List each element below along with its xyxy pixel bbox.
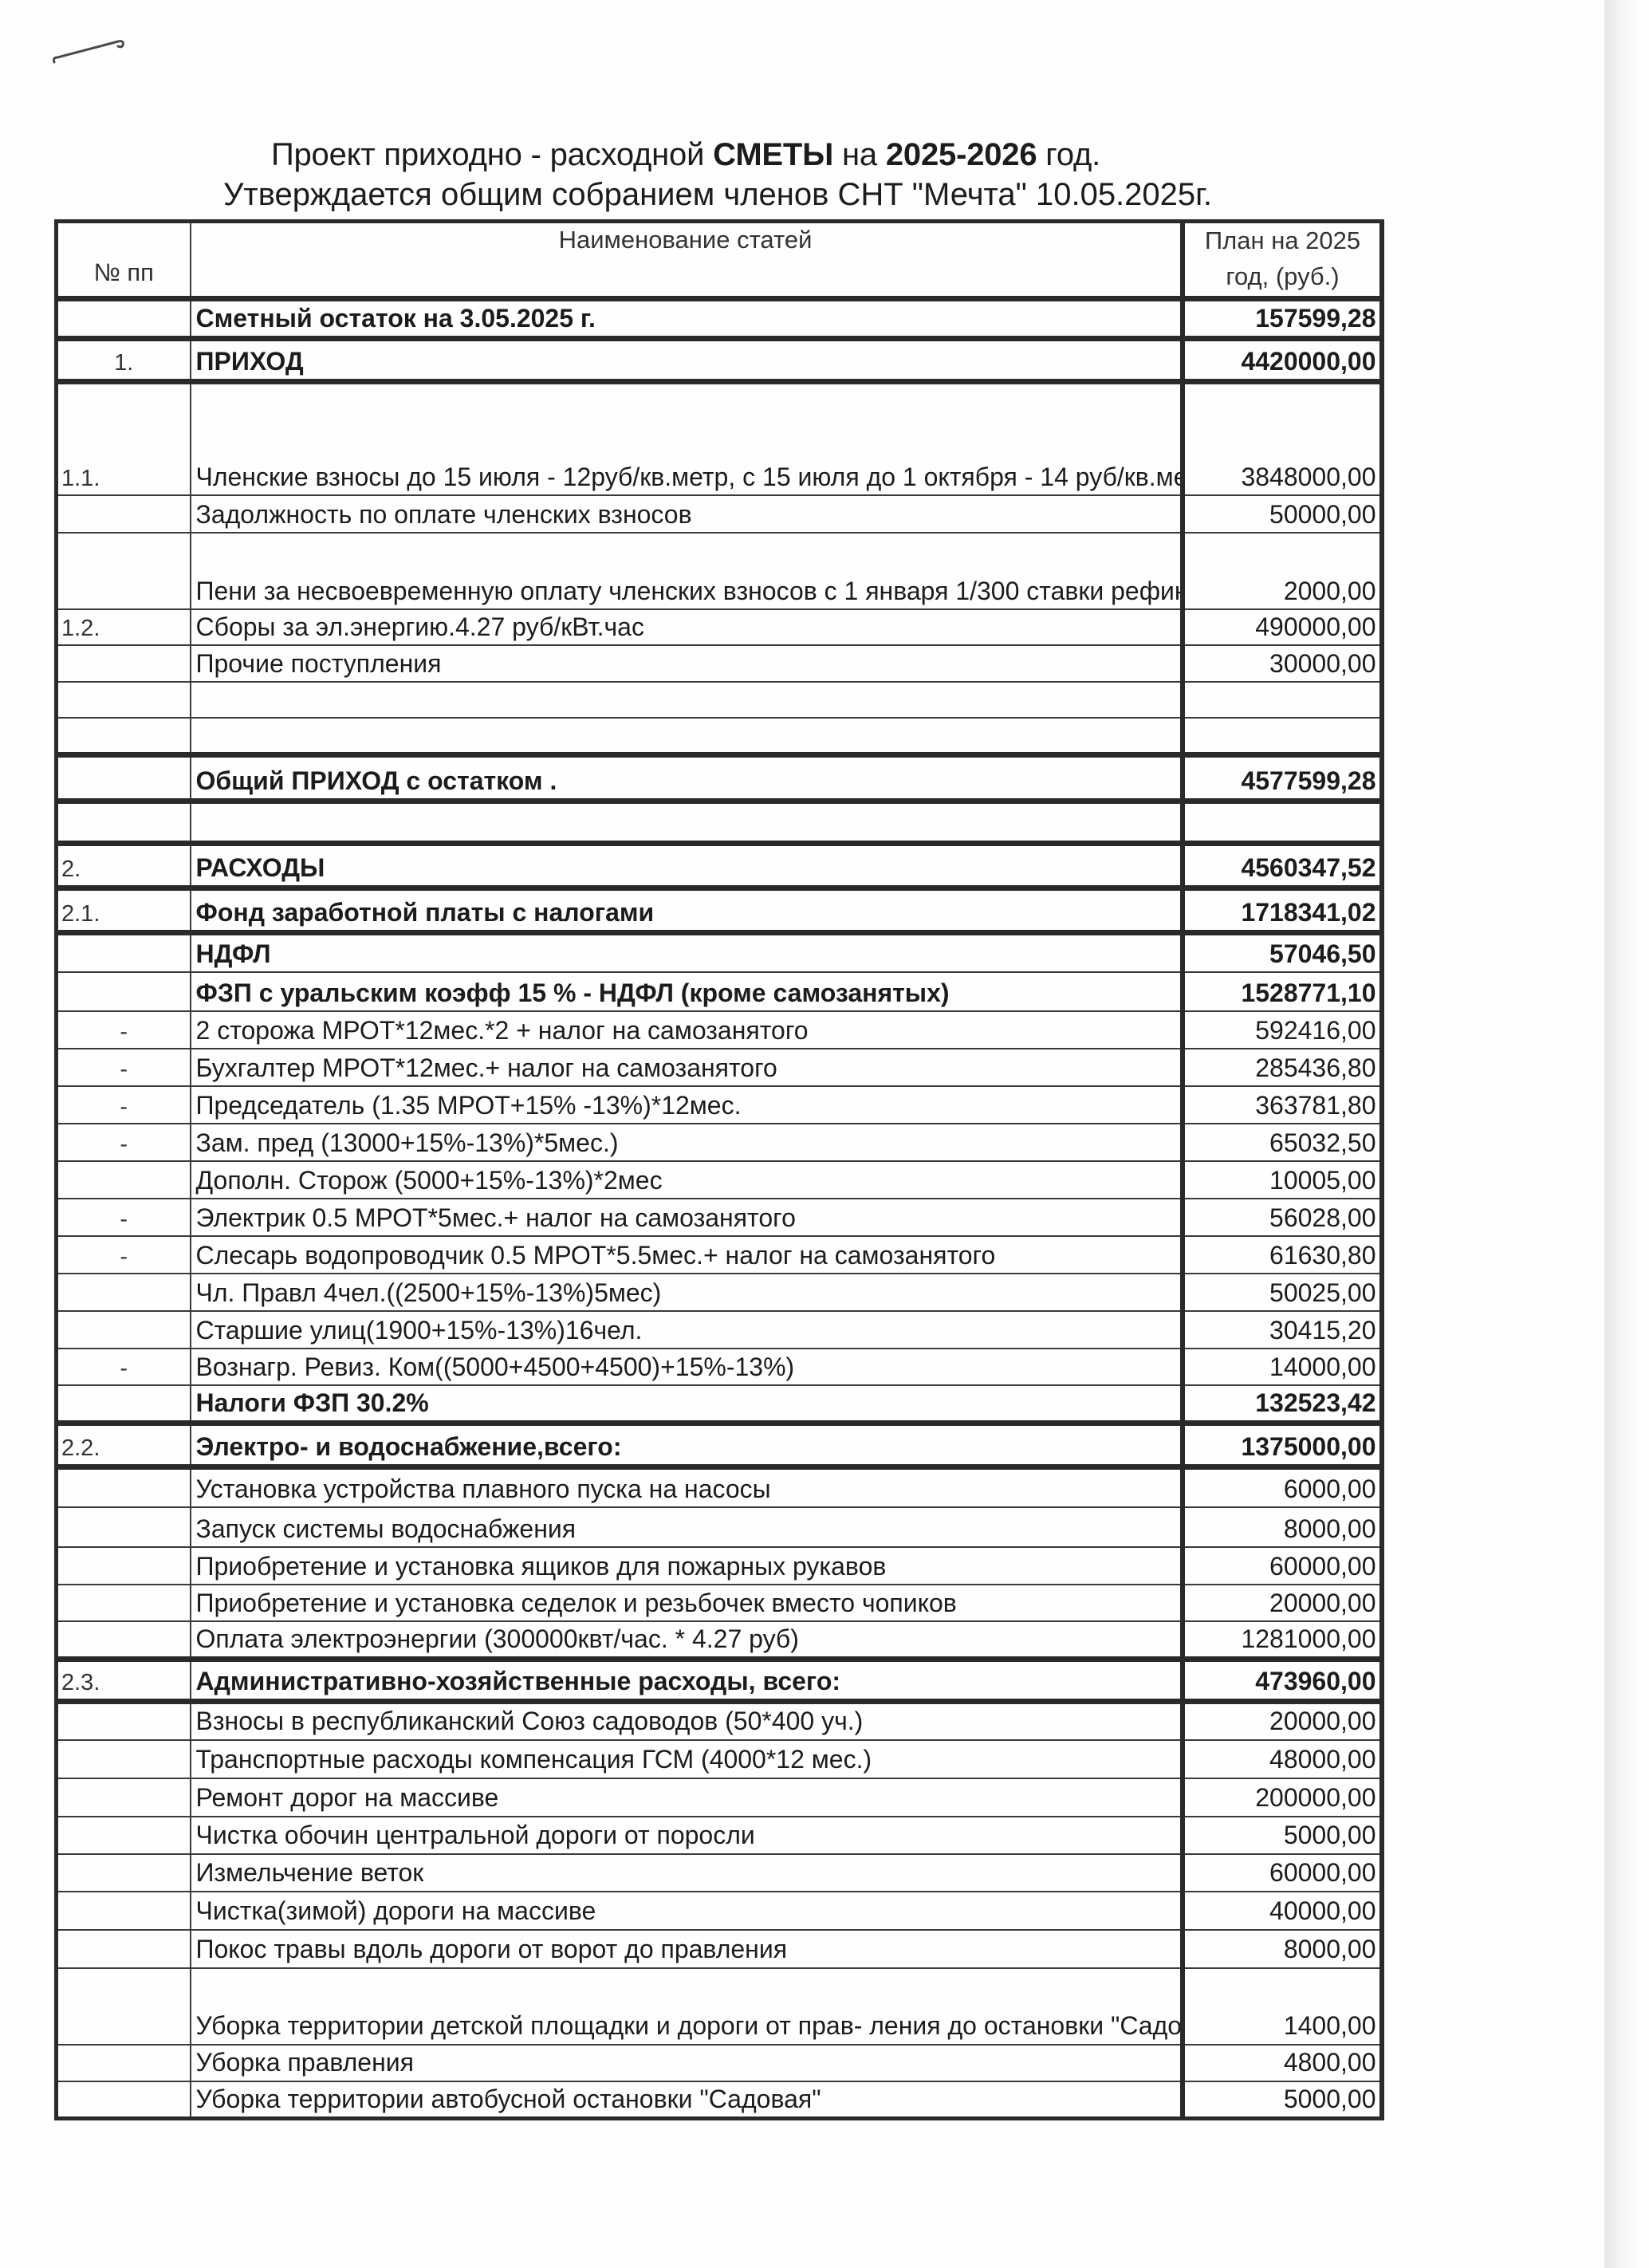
scan-edge-shadow — [1604, 0, 1636, 2268]
row-number — [57, 755, 191, 801]
row-name — [191, 801, 1183, 844]
table-row: -Электрик 0.5 МРОТ*5мес.+ налог на самоз… — [57, 1199, 1382, 1236]
table-row: Приобретение и установка седелок и резьб… — [57, 1585, 1382, 1621]
document-title: Проект приходно - расходной СМЕТЫ на 202… — [0, 137, 1372, 173]
row-name: Старшие улиц(1900+15%-13%)16чел. — [191, 1311, 1183, 1349]
row-number — [57, 1161, 191, 1199]
table-row: 1.ПРИХОД4420000,00 — [57, 339, 1382, 382]
row-number — [57, 1507, 191, 1547]
row-value: 363781,80 — [1183, 1086, 1382, 1124]
row-value: 8000,00 — [1183, 1930, 1382, 1968]
row-value: 157599,28 — [1183, 299, 1382, 339]
row-value — [1183, 682, 1382, 718]
row-name: Установка устройства плавного пуска на н… — [191, 1467, 1183, 1507]
row-number — [57, 1817, 191, 1854]
table-row: Ремонт дорог на массиве200000,00 — [57, 1778, 1382, 1817]
table-row: -Вознагр. Ревиз. Ком((5000+4500+4500)+15… — [57, 1349, 1382, 1385]
table-row: Чистка(зимой) дороги на массиве40000,00 — [57, 1892, 1382, 1930]
row-number: 2.1. — [57, 888, 191, 933]
row-number — [57, 1621, 191, 1660]
row-value: 57046,50 — [1183, 933, 1382, 972]
table-row — [57, 682, 1382, 718]
row-value: 10005,00 — [1183, 1161, 1382, 1199]
row-name: Налоги ФЗП 30.2% — [191, 1385, 1183, 1423]
table-row: Пени за несвоевременную оплату членских … — [57, 533, 1382, 609]
table-row: Налоги ФЗП 30.2%132523,42 — [57, 1385, 1382, 1423]
row-number — [57, 1702, 191, 1740]
row-name: Дополн. Сторож (5000+15%-13%)*2мес — [191, 1161, 1183, 1199]
table-row: Чистка обочин центральной дороги от поро… — [57, 1817, 1382, 1854]
table-row: 2.1.Фонд заработной платы с налогами1718… — [57, 888, 1382, 933]
row-name: НДФЛ — [191, 933, 1183, 972]
row-value: 1400,00 — [1183, 1968, 1382, 2045]
pen-mark-icon — [48, 32, 128, 68]
row-value: 490000,00 — [1183, 609, 1382, 645]
row-number — [57, 1968, 191, 2045]
table-row: Задолжность по оплате членских взносов50… — [57, 495, 1382, 533]
row-name: Слесарь водопроводчик 0.5 МРОТ*5.5мес.+ … — [191, 1236, 1183, 1274]
row-number — [57, 1311, 191, 1349]
row-name: Уборка территории автобусной остановки "… — [191, 2081, 1183, 2119]
row-number — [57, 645, 191, 682]
row-number — [57, 1585, 191, 1621]
table-row: Установка устройства плавного пуска на н… — [57, 1467, 1382, 1507]
row-number — [57, 299, 191, 339]
row-value: 2000,00 — [1183, 533, 1382, 609]
row-value: 1281000,00 — [1183, 1621, 1382, 1660]
row-name: Запуск системы водоснабжения — [191, 1507, 1183, 1547]
row-name: ПРИХОД — [191, 339, 1183, 382]
row-number — [57, 801, 191, 844]
row-number: - — [57, 1199, 191, 1236]
row-value: 1528771,10 — [1183, 972, 1382, 1011]
row-value: 50000,00 — [1183, 495, 1382, 533]
row-name: Измельчение веток — [191, 1854, 1183, 1892]
row-value: 56028,00 — [1183, 1199, 1382, 1236]
row-number: 2.2. — [57, 1423, 191, 1467]
row-name: Уборка территории детской площадки и дор… — [191, 1968, 1183, 2045]
row-value: 20000,00 — [1183, 1585, 1382, 1621]
row-number — [57, 1854, 191, 1892]
row-value: 4800,00 — [1183, 2045, 1382, 2081]
table-row — [57, 801, 1382, 844]
row-value: 473960,00 — [1183, 1660, 1382, 1702]
table-row: Приобретение и установка ящиков для пожа… — [57, 1547, 1382, 1585]
row-name: Пени за несвоевременную оплату членских … — [191, 533, 1183, 609]
table-row: 1.1.Членские взносы до 15 июля - 12руб/к… — [57, 382, 1382, 495]
table-row: -Бухгалтер МРОТ*12мес.+ налог на самозан… — [57, 1049, 1382, 1086]
row-value: 30000,00 — [1183, 645, 1382, 682]
row-number — [57, 718, 191, 755]
row-number: - — [57, 1086, 191, 1124]
row-name: 2 сторожа МРОТ*12мес.*2 + налог на самоз… — [191, 1011, 1183, 1049]
row-number — [57, 933, 191, 972]
row-value: 5000,00 — [1183, 2081, 1382, 2119]
row-number — [57, 1547, 191, 1585]
row-value: 8000,00 — [1183, 1507, 1382, 1547]
table-row: Старшие улиц(1900+15%-13%)16чел.30415,20 — [57, 1311, 1382, 1349]
table-row: ФЗП с уральским коэфф 15 % - НДФЛ (кроме… — [57, 972, 1382, 1011]
row-number: 2. — [57, 844, 191, 888]
header-num: № пп — [57, 222, 191, 299]
row-value: 65032,50 — [1183, 1124, 1382, 1161]
row-name: Прочие поступления — [191, 645, 1183, 682]
table-row — [57, 718, 1382, 755]
row-value: 132523,42 — [1183, 1385, 1382, 1423]
row-number — [57, 1385, 191, 1423]
row-value: 61630,80 — [1183, 1236, 1382, 1274]
row-name — [191, 718, 1183, 755]
row-name: Транспортные расходы компенсация ГСМ (40… — [191, 1740, 1183, 1778]
table-row: Запуск системы водоснабжения8000,00 — [57, 1507, 1382, 1547]
row-name: Приобретение и установка ящиков для пожа… — [191, 1547, 1183, 1585]
row-name: Членские взносы до 15 июля - 12руб/кв.ме… — [191, 382, 1183, 495]
table-row: Взносы в республиканский Союз садоводов … — [57, 1702, 1382, 1740]
row-value: 30415,20 — [1183, 1311, 1382, 1349]
table-row: -2 сторожа МРОТ*12мес.*2 + налог на само… — [57, 1011, 1382, 1049]
row-name: Приобретение и установка седелок и резьб… — [191, 1585, 1183, 1621]
row-number — [57, 533, 191, 609]
row-name: Председатель (1.35 МРОТ+15% -13%)*12мес. — [191, 1086, 1183, 1124]
row-name: Фонд заработной платы с налогами — [191, 888, 1183, 933]
row-value: 60000,00 — [1183, 1547, 1382, 1585]
row-name: ФЗП с уральским коэфф 15 % - НДФЛ (кроме… — [191, 972, 1183, 1011]
row-name: Чл. Правл 4чел.((2500+15%-13%)5мес) — [191, 1274, 1183, 1311]
table-body: Сметный остаток на 3.05.2025 г.157599,28… — [57, 299, 1382, 2119]
row-number — [57, 1892, 191, 1930]
row-value: 20000,00 — [1183, 1702, 1382, 1740]
row-number: 1.1. — [57, 382, 191, 495]
table-row: 1.2.Сборы за эл.энергию.4.27 руб/кВт.час… — [57, 609, 1382, 645]
row-name: Задолжность по оплате членских взносов — [191, 495, 1183, 533]
row-value: 592416,00 — [1183, 1011, 1382, 1049]
document-subtitle: Утверждается общим собранием членов СНТ … — [0, 177, 1435, 213]
row-value: 1718341,02 — [1183, 888, 1382, 933]
row-number — [57, 682, 191, 718]
row-number: 2.3. — [57, 1660, 191, 1702]
row-value: 50025,00 — [1183, 1274, 1382, 1311]
row-name: Уборка правления — [191, 2045, 1183, 2081]
table-row: Покос травы вдоль дороги от ворот до пра… — [57, 1930, 1382, 1968]
row-name: Ремонт дорог на массиве — [191, 1778, 1183, 1817]
row-name: РАСХОДЫ — [191, 844, 1183, 888]
row-number: 1.2. — [57, 609, 191, 645]
row-number: - — [57, 1124, 191, 1161]
row-number — [57, 2045, 191, 2081]
table-row: Чл. Правл 4чел.((2500+15%-13%)5мес)50025… — [57, 1274, 1382, 1311]
table-row: 2.2.Электро- и водоснабжение,всего:13750… — [57, 1423, 1382, 1467]
row-value: 3848000,00 — [1183, 382, 1382, 495]
row-number — [57, 495, 191, 533]
row-number — [57, 1930, 191, 1968]
row-value: 48000,00 — [1183, 1740, 1382, 1778]
row-name: Чистка обочин центральной дороги от поро… — [191, 1817, 1183, 1854]
row-value: 60000,00 — [1183, 1854, 1382, 1892]
row-name: Электрик 0.5 МРОТ*5мес.+ налог на самоза… — [191, 1199, 1183, 1236]
row-number — [57, 1274, 191, 1311]
row-value: 40000,00 — [1183, 1892, 1382, 1930]
row-value — [1183, 718, 1382, 755]
row-name: Оплата электроэнергии (300000квт/час. * … — [191, 1621, 1183, 1660]
row-name: Сметный остаток на 3.05.2025 г. — [191, 299, 1183, 339]
row-value: 6000,00 — [1183, 1467, 1382, 1507]
table-row: Общий ПРИХОД с остатком .4577599,28 — [57, 755, 1382, 801]
row-number: - — [57, 1349, 191, 1385]
row-number — [57, 1740, 191, 1778]
row-number: - — [57, 1049, 191, 1086]
row-number — [57, 2081, 191, 2119]
table-row: -Зам. пред (13000+15%-13%)*5мес.)65032,5… — [57, 1124, 1382, 1161]
table-header-row: № пп Наименование статей План на 2025 го… — [57, 222, 1382, 299]
table-row: Дополн. Сторож (5000+15%-13%)*2мес10005,… — [57, 1161, 1382, 1199]
row-number — [57, 1778, 191, 1817]
row-value: 4577599,28 — [1183, 755, 1382, 801]
row-number: 1. — [57, 339, 191, 382]
row-value: 1375000,00 — [1183, 1423, 1382, 1467]
header-value: План на 2025 год, (руб.) — [1183, 222, 1382, 299]
table-row: Уборка территории автобусной остановки "… — [57, 2081, 1382, 2119]
budget-table: № пп Наименование статей План на 2025 го… — [54, 219, 1384, 2120]
table-row: 2.РАСХОДЫ4560347,52 — [57, 844, 1382, 888]
row-name: Сборы за эл.энергию.4.27 руб/кВт.час — [191, 609, 1183, 645]
table-row: 2.3.Административно-хозяйственные расход… — [57, 1660, 1382, 1702]
table-row: Измельчение веток60000,00 — [57, 1854, 1382, 1892]
row-value: 4420000,00 — [1183, 339, 1382, 382]
table-row: Сметный остаток на 3.05.2025 г.157599,28 — [57, 299, 1382, 339]
row-value: 285436,80 — [1183, 1049, 1382, 1086]
row-number: - — [57, 1236, 191, 1274]
row-value — [1183, 801, 1382, 844]
row-name: Административно-хозяйственные расходы, в… — [191, 1660, 1183, 1702]
table-row: Прочие поступления30000,00 — [57, 645, 1382, 682]
row-value: 4560347,52 — [1183, 844, 1382, 888]
table-row: НДФЛ57046,50 — [57, 933, 1382, 972]
header-name: Наименование статей — [191, 222, 1183, 299]
row-name: Электро- и водоснабжение,всего: — [191, 1423, 1183, 1467]
table-row: -Слесарь водопроводчик 0.5 МРОТ*5.5мес.+… — [57, 1236, 1382, 1274]
table-row: Уборка территории детской площадки и дор… — [57, 1968, 1382, 2045]
row-name: Вознагр. Ревиз. Ком((5000+4500+4500)+15%… — [191, 1349, 1183, 1385]
row-name: Чистка(зимой) дороги на массиве — [191, 1892, 1183, 1930]
row-name: Зам. пред (13000+15%-13%)*5мес.) — [191, 1124, 1183, 1161]
table-row: Оплата электроэнергии (300000квт/час. * … — [57, 1621, 1382, 1660]
table-row: -Председатель (1.35 МРОТ+15% -13%)*12мес… — [57, 1086, 1382, 1124]
row-name — [191, 682, 1183, 718]
row-name: Общий ПРИХОД с остатком . — [191, 755, 1183, 801]
row-number — [57, 1467, 191, 1507]
table-row: Уборка правления4800,00 — [57, 2045, 1382, 2081]
row-name: Взносы в республиканский Союз садоводов … — [191, 1702, 1183, 1740]
row-value: 200000,00 — [1183, 1778, 1382, 1817]
row-name: Покос травы вдоль дороги от ворот до пра… — [191, 1930, 1183, 1968]
row-number — [57, 972, 191, 1011]
row-value: 5000,00 — [1183, 1817, 1382, 1854]
row-value: 14000,00 — [1183, 1349, 1382, 1385]
row-number: - — [57, 1011, 191, 1049]
table-row: Транспортные расходы компенсация ГСМ (40… — [57, 1740, 1382, 1778]
row-name: Бухгалтер МРОТ*12мес.+ налог на самозаня… — [191, 1049, 1183, 1086]
